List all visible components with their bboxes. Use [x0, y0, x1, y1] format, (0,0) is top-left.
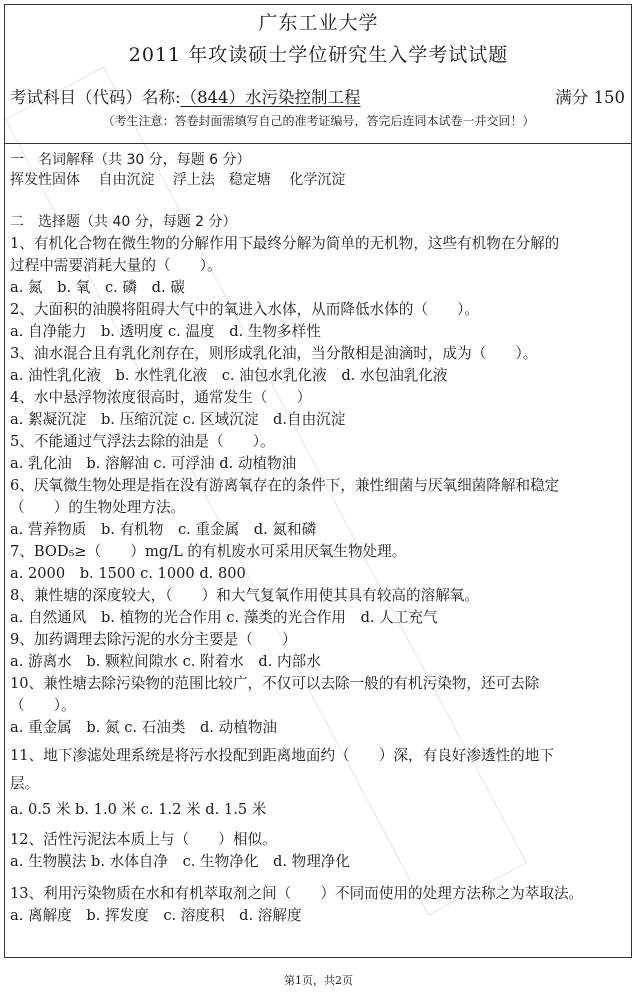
- option-line: a. 生物膜法 b. 水体自净 c. 生物净化 d. 物理净化: [10, 852, 350, 872]
- question-line: 5、不能通过气浮法去除的油是（ ）。: [10, 432, 275, 452]
- question-line: 10、兼性塘去除污染物的范围比较广，不仅可以去除一般的有机污染物，还可去除: [10, 674, 539, 694]
- question-line: 2、大面积的油膜将阻碍大气中的氧进入水体，从而降低水体的（ ）。: [10, 300, 479, 320]
- subject-label: 考试科目（代码）名称:: [10, 88, 181, 107]
- question-line: 4、水中悬浮物浓度很高时，通常发生（ ）: [10, 388, 311, 408]
- option-line: a. 自净能力 b. 透明度 c. 温度 d. 生物多样性: [10, 322, 321, 342]
- exam-title: 2011 年攻读硕士学位研究生入学考试试题: [0, 40, 637, 67]
- question-line: 3、油水混合且有乳化剂存在，则形成乳化油，当分散相是油滴时，成为（ ）。: [10, 344, 537, 364]
- option-line: a. 离解度 b. 挥发度 c. 溶度积 d. 溶解度: [10, 906, 302, 926]
- option-line: a. 2000 b. 1500 c. 1000 d. 800: [10, 564, 246, 584]
- page-footer: 第1页，共2页: [0, 972, 637, 988]
- option-line: a. 游离水 b. 颗粒间隙水 c. 附着水 d. 内部水: [10, 652, 321, 672]
- option-line: a. 重金属 b. 氮 c. 石油类 d. 动植物油: [10, 718, 277, 738]
- question-line: 7、BOD₅≥（ ）mg/L 的有机废水可采用厌氧生物处理。: [10, 542, 406, 562]
- option-line: a. 氮 b. 氧 c. 磷 d. 碳: [10, 278, 185, 298]
- option-line: a. 絮凝沉淀 b. 压缩沉淀 c. 区域沉淀 d.自由沉淀: [10, 410, 345, 430]
- candidate-notice: （考生注意：答卷封面需填写自己的准考证编号，答完后连同本试卷一并交回！）: [0, 112, 637, 129]
- question-line: 6、厌氧微生物处理是指在没有游离氧存在的条件下，兼性细菌与厌氧细菌降解和稳定: [10, 476, 559, 496]
- question-line: 9、加药调理去除污泥的水分主要是（ ）: [10, 630, 297, 650]
- question-line: 层。: [10, 774, 39, 794]
- exam-page: 广东工业大学 2011 年攻读硕士学位研究生入学考试试题 考试科目（代码）名称:…: [0, 0, 637, 995]
- section1-heading: 一 名词解释（共 30 分，每题 6 分）: [10, 150, 251, 170]
- section1-terms: 挥发性固体 自由沉淀 浮上法 稳定塘 化学沉淀: [10, 170, 345, 190]
- question-line: 11、地下渗滤处理系统是将污水投配到距离地面约（ ）深，有良好渗透性的地下: [10, 746, 554, 766]
- university-name: 广东工业大学: [0, 8, 637, 35]
- question-line: （ ）。: [10, 696, 76, 716]
- question-line: 1、有机化合物在微生物的分解作用下最终分解为简单的无机物，这些有机物在分解的: [10, 234, 559, 254]
- option-line: a. 自然通风 b. 植物的光合作用 c. 藻类的光合作用 d. 人工充气: [10, 608, 438, 628]
- subject-line: 考试科目（代码）名称:（844）水污染控制工程: [10, 84, 361, 108]
- full-score: 满分 150: [555, 84, 625, 108]
- question-line: 过程中需要消耗大量的（ ）。: [10, 256, 222, 276]
- section2-heading: 二 选择题（共 40 分，每题 2 分）: [10, 212, 237, 232]
- option-line: a. 油性乳化液 b. 水性乳化液 c. 油包水乳化液 d. 水包油乳化液: [10, 366, 448, 386]
- subject-value: （844）水污染控制工程: [181, 88, 361, 107]
- option-line: a. 0.5 米 b. 1.0 米 c. 1.2 米 d. 1.5 米: [10, 800, 266, 820]
- question-line: （ ）的生物处理方法。: [10, 498, 185, 518]
- question-line: 12、活性污泥法本质上与（ ）相似。: [10, 830, 277, 850]
- question-line: 8、兼性塘的深度较大，（ ）和大气复氧作用使其具有较高的溶解氧。: [10, 586, 479, 606]
- question-line: 13、利用污染物质在水和有机萃取剂之间（ ）不同而使用的处理方法称之为萃取法。: [10, 884, 583, 904]
- option-line: a. 乳化油 b. 溶解油 c. 可浮油 d. 动植物油: [10, 454, 296, 474]
- option-line: a. 营养物质 b. 有机物 c. 重金属 d. 氮和磷: [10, 520, 316, 540]
